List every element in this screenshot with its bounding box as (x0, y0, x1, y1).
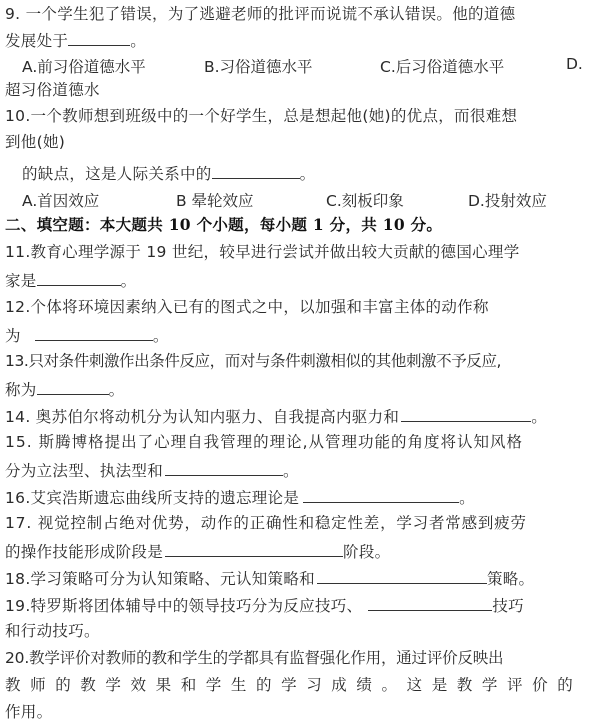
q15-stem-line1: 15. 斯腾博格提出了心理自我管理的理论,从管理功能的角度将认知风格 (5, 432, 523, 452)
q17-answer-blank[interactable] (165, 540, 343, 557)
q18-stem-line1: 18.学习策略可分为认知策略、元认知策略和策略。 (5, 567, 534, 589)
q9-option-b[interactable]: B.习俗道德水平 (204, 55, 313, 77)
q15-answer-blank[interactable] (165, 459, 283, 476)
q16-period: 。 (459, 489, 475, 507)
q17-text: 的操作技能形成阶段是 (5, 543, 163, 561)
q19-stem-line2: 和行动技巧。 (5, 621, 100, 641)
q18-suffix: 策略。 (487, 570, 534, 588)
q11-period: 。 (121, 272, 137, 290)
q10-period: 。 (300, 165, 316, 183)
q10-text: 的缺点，这是人际关系中的 (22, 165, 212, 183)
q13-stem-line1: 13.只对条件刺激作出条件反应，而对与条件刺激相似的其他刺激不予反应, (5, 351, 501, 371)
q20-stem-line3: 作用。 (5, 702, 52, 722)
q17-stem-line1: 17. 视觉控制占绝对优势，动作的正确性和稳定性差，学习者常感到疲劳 (5, 513, 527, 533)
q10-answer-blank[interactable] (212, 162, 300, 179)
q10-option-b[interactable]: B 晕轮效应 (176, 189, 254, 211)
q12-period: 。 (153, 327, 169, 345)
q10-option-c[interactable]: C.刻板印象 (326, 189, 404, 211)
q10-stem-line1: 10.一个教师想到班级中的一个好学生，总是想起他(她)的优点，而很难想 (5, 106, 517, 126)
q20-stem-line1: 20.教学评价对教师的教和学生的学都具有监督强化作用，通过评价反映出 (5, 648, 503, 668)
q11-answer-blank[interactable] (37, 269, 121, 286)
q15-period: 。 (283, 462, 299, 480)
q18-text: 18.学习策略可分为认知策略、元认知策略和 (5, 570, 315, 588)
q19-text: 19.特罗斯将团体辅导中的领导技巧分为反应技巧、 (5, 597, 362, 615)
q9-option-d[interactable]: D. (566, 55, 583, 73)
q10-option-d[interactable]: D.投射效应 (468, 189, 547, 211)
q9-text: 发展处于 (5, 32, 68, 50)
q9-option-d-cont: 超习俗道德水 (5, 80, 100, 100)
q13-text: 称为 (5, 381, 37, 399)
q9-stem-line1: 9. 一个学生犯了错误，为了逃避老师的批评而说谎不承认错误。他的道德 (5, 4, 515, 24)
q15-text: 分为立法型、执法型和 (5, 462, 163, 480)
q19-suffix: 技巧 (492, 597, 524, 615)
q11-text: 家是 (5, 272, 37, 290)
section-2-title: 二、填空题：本大题共 10 个小题，每小题 1 分，共 10 分。 (5, 215, 442, 235)
q14-answer-blank[interactable] (401, 405, 531, 422)
q9-answer-blank[interactable] (68, 29, 130, 46)
q14-text: 14. 奥苏伯尔将动机分为认知内驱力、自我提高内驱力和 (5, 408, 399, 426)
q12-stem-line2: 为。 (5, 324, 169, 346)
q12-text: 为 (5, 327, 21, 345)
q12-answer-blank[interactable] (35, 324, 153, 341)
q15-stem-line2: 分为立法型、执法型和。 (5, 459, 299, 481)
q10-stem-line3: 的缺点，这是人际关系中的。 (22, 162, 315, 184)
q19-stem-line1: 19.特罗斯将团体辅导中的领导技巧分为反应技巧、技巧 (5, 594, 524, 616)
q9-option-c[interactable]: C.后习俗道德水平 (380, 55, 504, 77)
q12-stem-line1: 12.个体将环境因素纳入已有的图式之中，以加强和丰富主体的动作称 (5, 297, 489, 317)
q16-answer-blank[interactable] (303, 486, 459, 503)
q10-option-a[interactable]: A.首因效应 (22, 189, 99, 211)
q9-stem-line2: 发展处于。 (5, 29, 146, 51)
q17-stem-line2: 的操作技能形成阶段是阶段。 (5, 540, 390, 562)
q16-stem-line1: 16.艾宾浩斯遗忘曲线所支持的遗忘理论是。 (5, 486, 475, 508)
q19-answer-blank[interactable] (368, 594, 492, 611)
q18-answer-blank[interactable] (317, 567, 487, 584)
q13-stem-line2: 称为。 (5, 378, 124, 400)
q16-text: 16.艾宾浩斯遗忘曲线所支持的遗忘理论是 (5, 489, 299, 507)
q11-stem-line2: 家是。 (5, 269, 136, 291)
q14-period: 。 (531, 408, 547, 426)
q11-stem-line1: 11.教育心理学源于 19 世纪，较早进行尝试并做出较大贡献的德国心理学 (5, 242, 520, 262)
q9-period: 。 (130, 32, 146, 50)
q10-stem-line2: 到他(她) (5, 132, 65, 152)
q13-answer-blank[interactable] (37, 378, 109, 395)
q14-stem-line1: 14. 奥苏伯尔将动机分为认知内驱力、自我提高内驱力和。 (5, 405, 547, 427)
q20-stem-line2: 教师的教学效果和学生的学习成绩。这是教学评价的 (5, 675, 582, 695)
q9-option-a[interactable]: A.前习俗道德水平 (22, 55, 146, 77)
q13-period: 。 (109, 381, 125, 399)
q17-suffix: 阶段。 (343, 543, 390, 561)
